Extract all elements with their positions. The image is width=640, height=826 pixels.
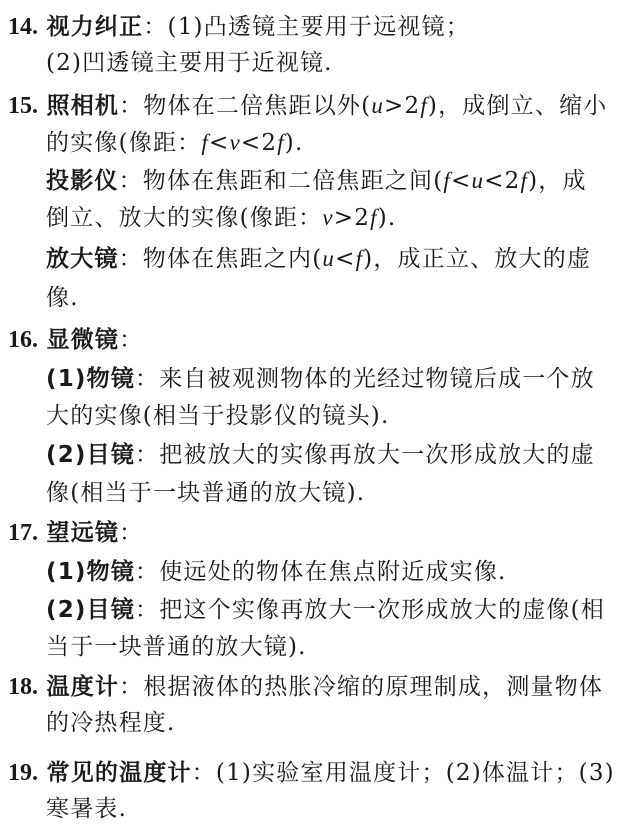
math-op: < <box>209 130 229 156</box>
math-op: <2 <box>484 168 520 194</box>
math-op: < <box>451 168 471 194</box>
item-text: ). <box>378 205 397 231</box>
item-text: ). <box>285 130 304 156</box>
item-16-eyepiece-line-1: (2)目镜：把被放大的实像再放大一次形成放大的虚 <box>46 440 595 470</box>
item-text: (2)凹透镜主要用于近视镜. <box>46 50 333 76</box>
math-var: f <box>520 168 528 193</box>
item-text: ：根据液体的热胀冷缩的原理制成，测量物体 <box>119 674 603 700</box>
math-var: f <box>370 205 378 230</box>
sub-label: (2)目镜 <box>46 597 135 623</box>
item-number: 15. <box>8 93 38 119</box>
item-14-line-1: 14. 视力纠正：(1)凸透镜主要用于远视镜； <box>8 12 470 42</box>
math-op: < <box>335 246 355 272</box>
item-19-line-2: 寒暑表. <box>46 794 127 824</box>
item-text: ：物体在焦距和二倍焦距之间( <box>119 168 444 194</box>
sub-label: (1)物镜 <box>46 559 135 585</box>
item-15-line-2: 的实像(像距：f<v<2f). <box>46 128 303 158</box>
item-15-projector-line-1: 投影仪：物体在焦距和二倍焦距之间(f<u<2f)，成 <box>46 166 587 196</box>
item-14-line-2: (2)凹透镜主要用于近视镜. <box>46 48 333 78</box>
item-17-objective-line-1: (1)物镜：使远处的物体在焦点附近成实像. <box>46 557 507 587</box>
item-15-line-1: 15. 照相机：物体在二倍焦距以外(u>2f)，成倒立、缩小 <box>8 91 608 121</box>
item-text: ：物体在二倍焦距以外( <box>119 93 371 119</box>
math-op: <2 <box>241 130 277 156</box>
item-text: 倒立、放大的实像(像距： <box>46 205 322 231</box>
item-17-line-1: 17. 望远镜： <box>8 518 143 548</box>
item-text: ：使远处的物体在焦点附近成实像. <box>135 559 507 585</box>
math-var: v <box>322 205 333 230</box>
item-colon: ： <box>119 520 143 546</box>
math-op: >2 <box>334 205 370 231</box>
math-var: v <box>229 130 240 155</box>
math-var: u <box>371 93 384 118</box>
math-op: >2 <box>384 93 420 119</box>
item-number: 17. <box>8 520 38 546</box>
item-number: 19. <box>8 760 38 786</box>
sub-label: (1)物镜 <box>46 366 135 392</box>
item-term: 温度计 <box>47 674 120 700</box>
item-term: 望远镜 <box>47 520 120 546</box>
item-17-eyepiece-line-1: (2)目镜：把这个实像再放大一次形成放大的虚像(相 <box>46 595 605 625</box>
sub-term: 放大镜 <box>46 246 119 272</box>
sub-term: 投影仪 <box>46 168 119 194</box>
item-18-line-2: 的冷热程度. <box>46 708 176 738</box>
item-number: 18. <box>8 674 38 700</box>
math-var: f <box>277 130 285 155</box>
item-text: 的实像(像距： <box>46 130 201 156</box>
item-term: 照相机 <box>47 93 120 119</box>
math-var: f <box>443 168 451 193</box>
item-text: 寒暑表. <box>46 796 127 822</box>
item-term: 视力纠正 <box>47 14 144 40</box>
item-text: ：把这个实像再放大一次形成放大的虚像(相 <box>135 597 605 623</box>
item-text: )，成正立、放大的虚 <box>363 246 591 272</box>
math-var: u <box>322 246 335 271</box>
item-16-objective-line-1: (1)物镜：来自被观测物体的光经过物镜后成一个放 <box>46 364 595 394</box>
item-15-projector-line-2: 倒立、放大的实像(像距：v>2f). <box>46 203 396 233</box>
item-15-magnifier-line-2: 像. <box>46 283 79 313</box>
math-var: f <box>201 130 209 155</box>
item-text: 当于一块普通的放大镜). <box>46 634 307 660</box>
item-number: 16. <box>8 327 38 353</box>
item-text: ：(1)凸透镜主要用于远视镜； <box>143 14 470 40</box>
item-18-line-1: 18. 温度计：根据液体的热胀冷缩的原理制成，测量物体 <box>8 672 603 702</box>
item-number: 14. <box>8 14 38 40</box>
item-16-objective-line-2: 大的实像(相当于投影仪的镜头). <box>46 401 389 431</box>
math-var: f <box>420 93 428 118</box>
item-16-line-1: 16. 显微镜： <box>8 325 143 355</box>
item-term: 显微镜 <box>47 327 120 353</box>
sub-label: (2)目镜 <box>46 442 135 468</box>
item-16-eyepiece-line-2: 像(相当于一块普通的放大镜). <box>46 478 365 508</box>
item-text: )，成 <box>528 168 587 194</box>
item-15-magnifier-line-1: 放大镜：物体在焦距之内(u<f)，成正立、放大的虚 <box>46 244 591 274</box>
item-text: ：把被放大的实像再放大一次形成放大的虚 <box>135 442 595 468</box>
math-var: u <box>471 168 484 193</box>
item-text: ：来自被观测物体的光经过物镜后成一个放 <box>135 366 595 392</box>
item-17-eyepiece-line-2: 当于一块普通的放大镜). <box>46 632 307 662</box>
item-text: 像. <box>46 285 79 311</box>
item-text: 的冷热程度. <box>46 710 176 736</box>
item-colon: ： <box>119 327 143 353</box>
item-text: )，成倒立、缩小 <box>428 93 608 119</box>
item-text: ：(1)实验室用温度计；(2)体温计；(3) <box>192 760 615 786</box>
item-19-line-1: 19. 常见的温度计：(1)实验室用温度计；(2)体温计；(3) <box>8 758 615 788</box>
item-term: 常见的温度计 <box>47 760 192 786</box>
item-text: ：物体在焦距之内( <box>119 246 323 272</box>
item-text: 像(相当于一块普通的放大镜). <box>46 480 365 506</box>
item-text: 大的实像(相当于投影仪的镜头). <box>46 403 389 429</box>
